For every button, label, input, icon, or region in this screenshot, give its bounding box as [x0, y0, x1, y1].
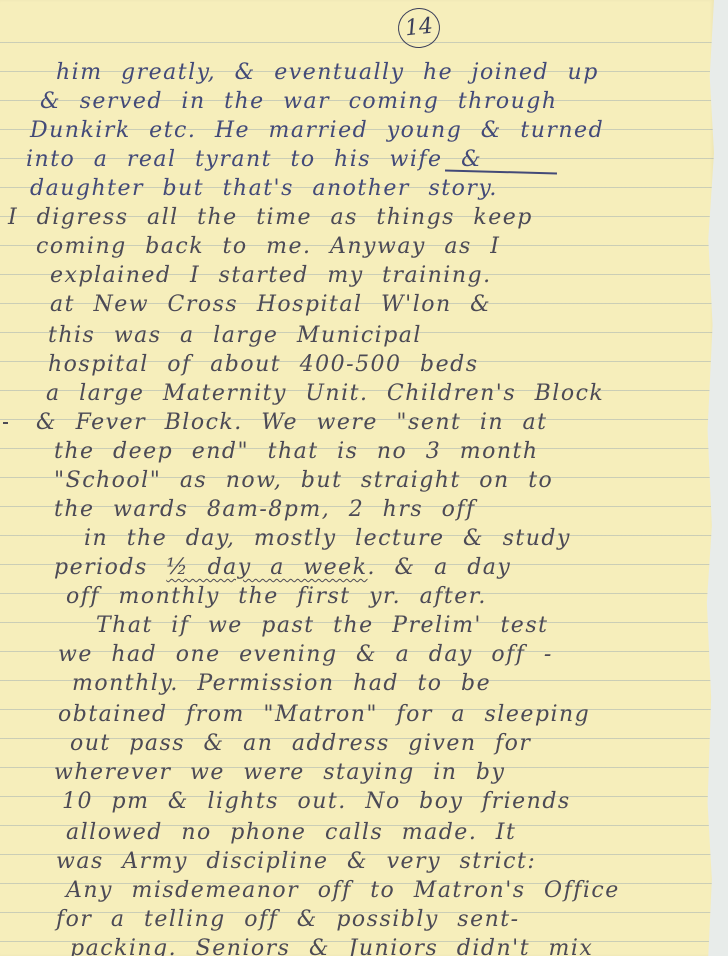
- text-line: this was a large Municipal: [48, 321, 422, 350]
- text-line: coming back to me. Anyway as I: [36, 232, 500, 261]
- text-line: into a real tyrant to his wife &: [26, 145, 482, 174]
- text-line: packing. Seniors & Juniors didn't mix: [70, 934, 593, 956]
- text-line: Dunkirk etc. He married young & turned: [30, 116, 604, 145]
- text-line: explained I started my training.: [50, 261, 492, 290]
- text-line: wherever we were staying in by: [54, 758, 505, 787]
- page-number-circled: 14: [396, 6, 442, 50]
- text-line: the deep end" that is no 3 month: [54, 437, 539, 466]
- text-line: off monthly the first yr. after.: [66, 582, 487, 611]
- text-line: daughter but that's another story.: [30, 174, 498, 203]
- lined-paper-page: 14 him greatly, & eventually he joined u…: [0, 0, 714, 956]
- text-line: hospital of about 400-500 beds: [48, 350, 479, 379]
- text-line: monthly. Permission had to be: [72, 669, 491, 698]
- text-line: "School" as now, but straight on to: [54, 466, 553, 495]
- underlined-phrase: ½ day a week: [166, 555, 367, 580]
- text-line: for a telling off & possibly sent-: [56, 905, 520, 934]
- text-line: at New Cross Hospital W'lon &: [50, 290, 491, 319]
- text-line: Any misdemeanor off to Matron's Office: [66, 876, 620, 905]
- text-line: That if we past the Prelim' test: [96, 611, 548, 640]
- text-line-underlined: periods ½ day a week. & a day: [54, 553, 511, 582]
- text-line: was Army discipline & very strict:: [56, 847, 536, 876]
- text-line: out pass & an address given for: [70, 729, 531, 758]
- text-line: the wards 8am-8pm, 2 hrs off: [54, 495, 476, 524]
- text-line: a large Maternity Unit. Children's Block: [46, 379, 604, 408]
- text-line: obtained from "Matron" for a sleeping: [58, 700, 590, 729]
- text-line: we had one evening & a day off -: [58, 640, 553, 669]
- text-line: 10 pm & lights out. No boy friends: [62, 787, 571, 816]
- text-line: in the day, mostly lecture & study: [84, 524, 571, 553]
- margin-tick-mark: [3, 422, 8, 424]
- text-line: I digress all the time as things keep: [8, 203, 533, 232]
- text-line: allowed no phone calls made. It: [66, 818, 516, 847]
- text-line: & Fever Block. We were "sent in at: [36, 408, 548, 437]
- text-line: & served in the war coming through: [40, 87, 558, 116]
- text-line: him greatly, & eventually he joined up: [56, 58, 599, 87]
